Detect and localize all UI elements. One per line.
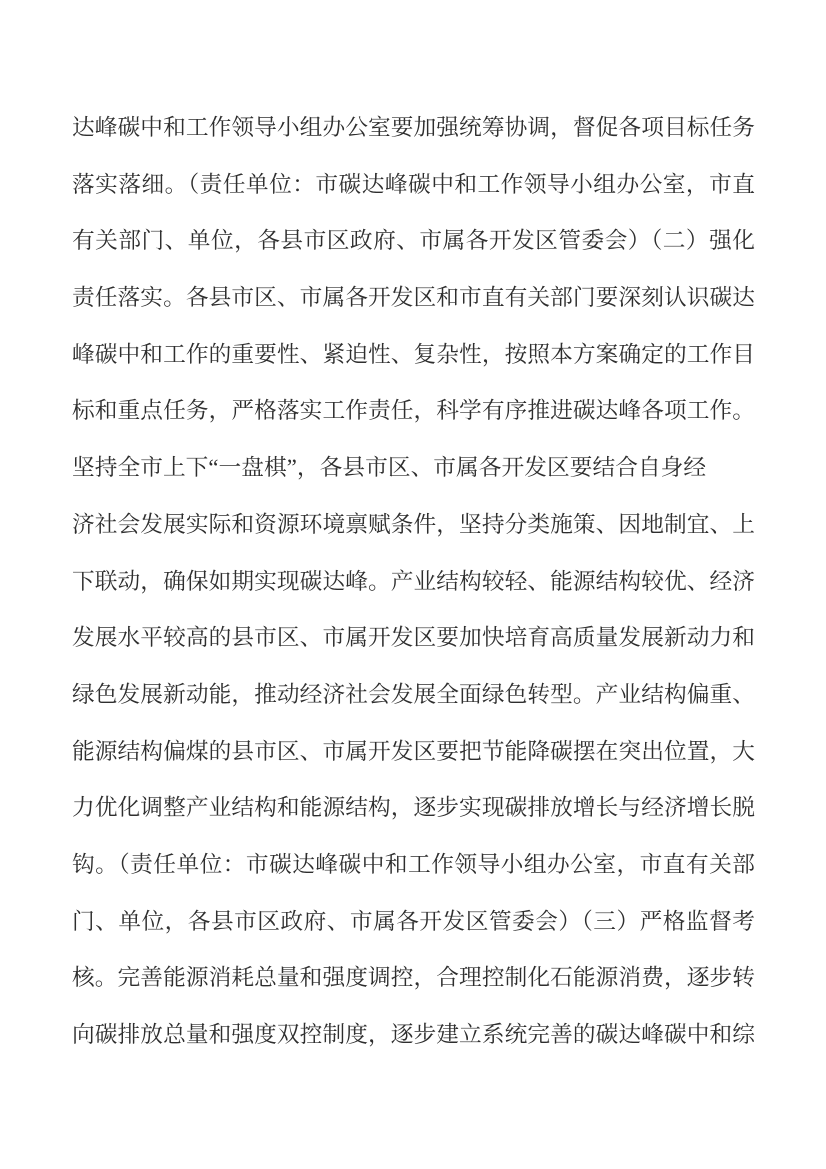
text-line: 济社会发展实际和资源环境禀赋条件，坚持分类施策、因地制宜、上 xyxy=(72,497,755,554)
text-line: 绿色发展新动能，推动经济社会发展全面绿色转型。产业结构偏重、 xyxy=(72,667,755,724)
document-body: 达峰碳中和工作领导小组办公室要加强统筹协调，督促各项目标任务落实落细。（责任单位… xyxy=(72,100,755,1064)
text-line: 落实落细。（责任单位：市碳达峰碳中和工作领导小组办公室，市直 xyxy=(72,157,755,214)
text-line: 有关部门、单位，各县市区政府、市属各开发区管委会）（二）强化 xyxy=(72,213,755,270)
text-line: 核。完善能源消耗总量和强度调控，合理控制化石能源消费，逐步转 xyxy=(72,950,755,1007)
text-line: 钩。（责任单位：市碳达峰碳中和工作领导小组办公室，市直有关部 xyxy=(72,837,755,894)
text-line: 能源结构偏煤的县市区、市属开发区要把节能降碳摆在突出位置，大 xyxy=(72,724,755,781)
text-line: 向碳排放总量和强度双控制度，逐步建立系统完善的碳达峰碳中和综 xyxy=(72,1007,755,1064)
text-line: 坚持全市上下“一盘棋”，各县市区、市属各开发区要结合自身经 xyxy=(72,440,755,497)
text-line: 标和重点任务，严格落实工作责任，科学有序推进碳达峰各项工作。 xyxy=(72,383,755,440)
text-line: 责任落实。各县市区、市属各开发区和市直有关部门要深刻认识碳达 xyxy=(72,270,755,327)
text-line: 下联动，确保如期实现碳达峰。产业结构较轻、能源结构较优、经济 xyxy=(72,554,755,611)
text-line: 峰碳中和工作的重要性、紧迫性、复杂性，按照本方案确定的工作目 xyxy=(72,327,755,384)
text-line: 达峰碳中和工作领导小组办公室要加强统筹协调，督促各项目标任务 xyxy=(72,100,755,157)
text-line: 力优化调整产业结构和能源结构，逐步实现碳排放增长与经济增长脱 xyxy=(72,780,755,837)
text-line: 发展水平较高的县市区、市属开发区要加快培育高质量发展新动力和 xyxy=(72,610,755,667)
document-page: 达峰碳中和工作领导小组办公室要加强统筹协调，督促各项目标任务落实落细。（责任单位… xyxy=(0,0,826,1169)
text-line: 门、单位，各县市区政府、市属各开发区管委会）（三）严格监督考 xyxy=(72,894,755,951)
